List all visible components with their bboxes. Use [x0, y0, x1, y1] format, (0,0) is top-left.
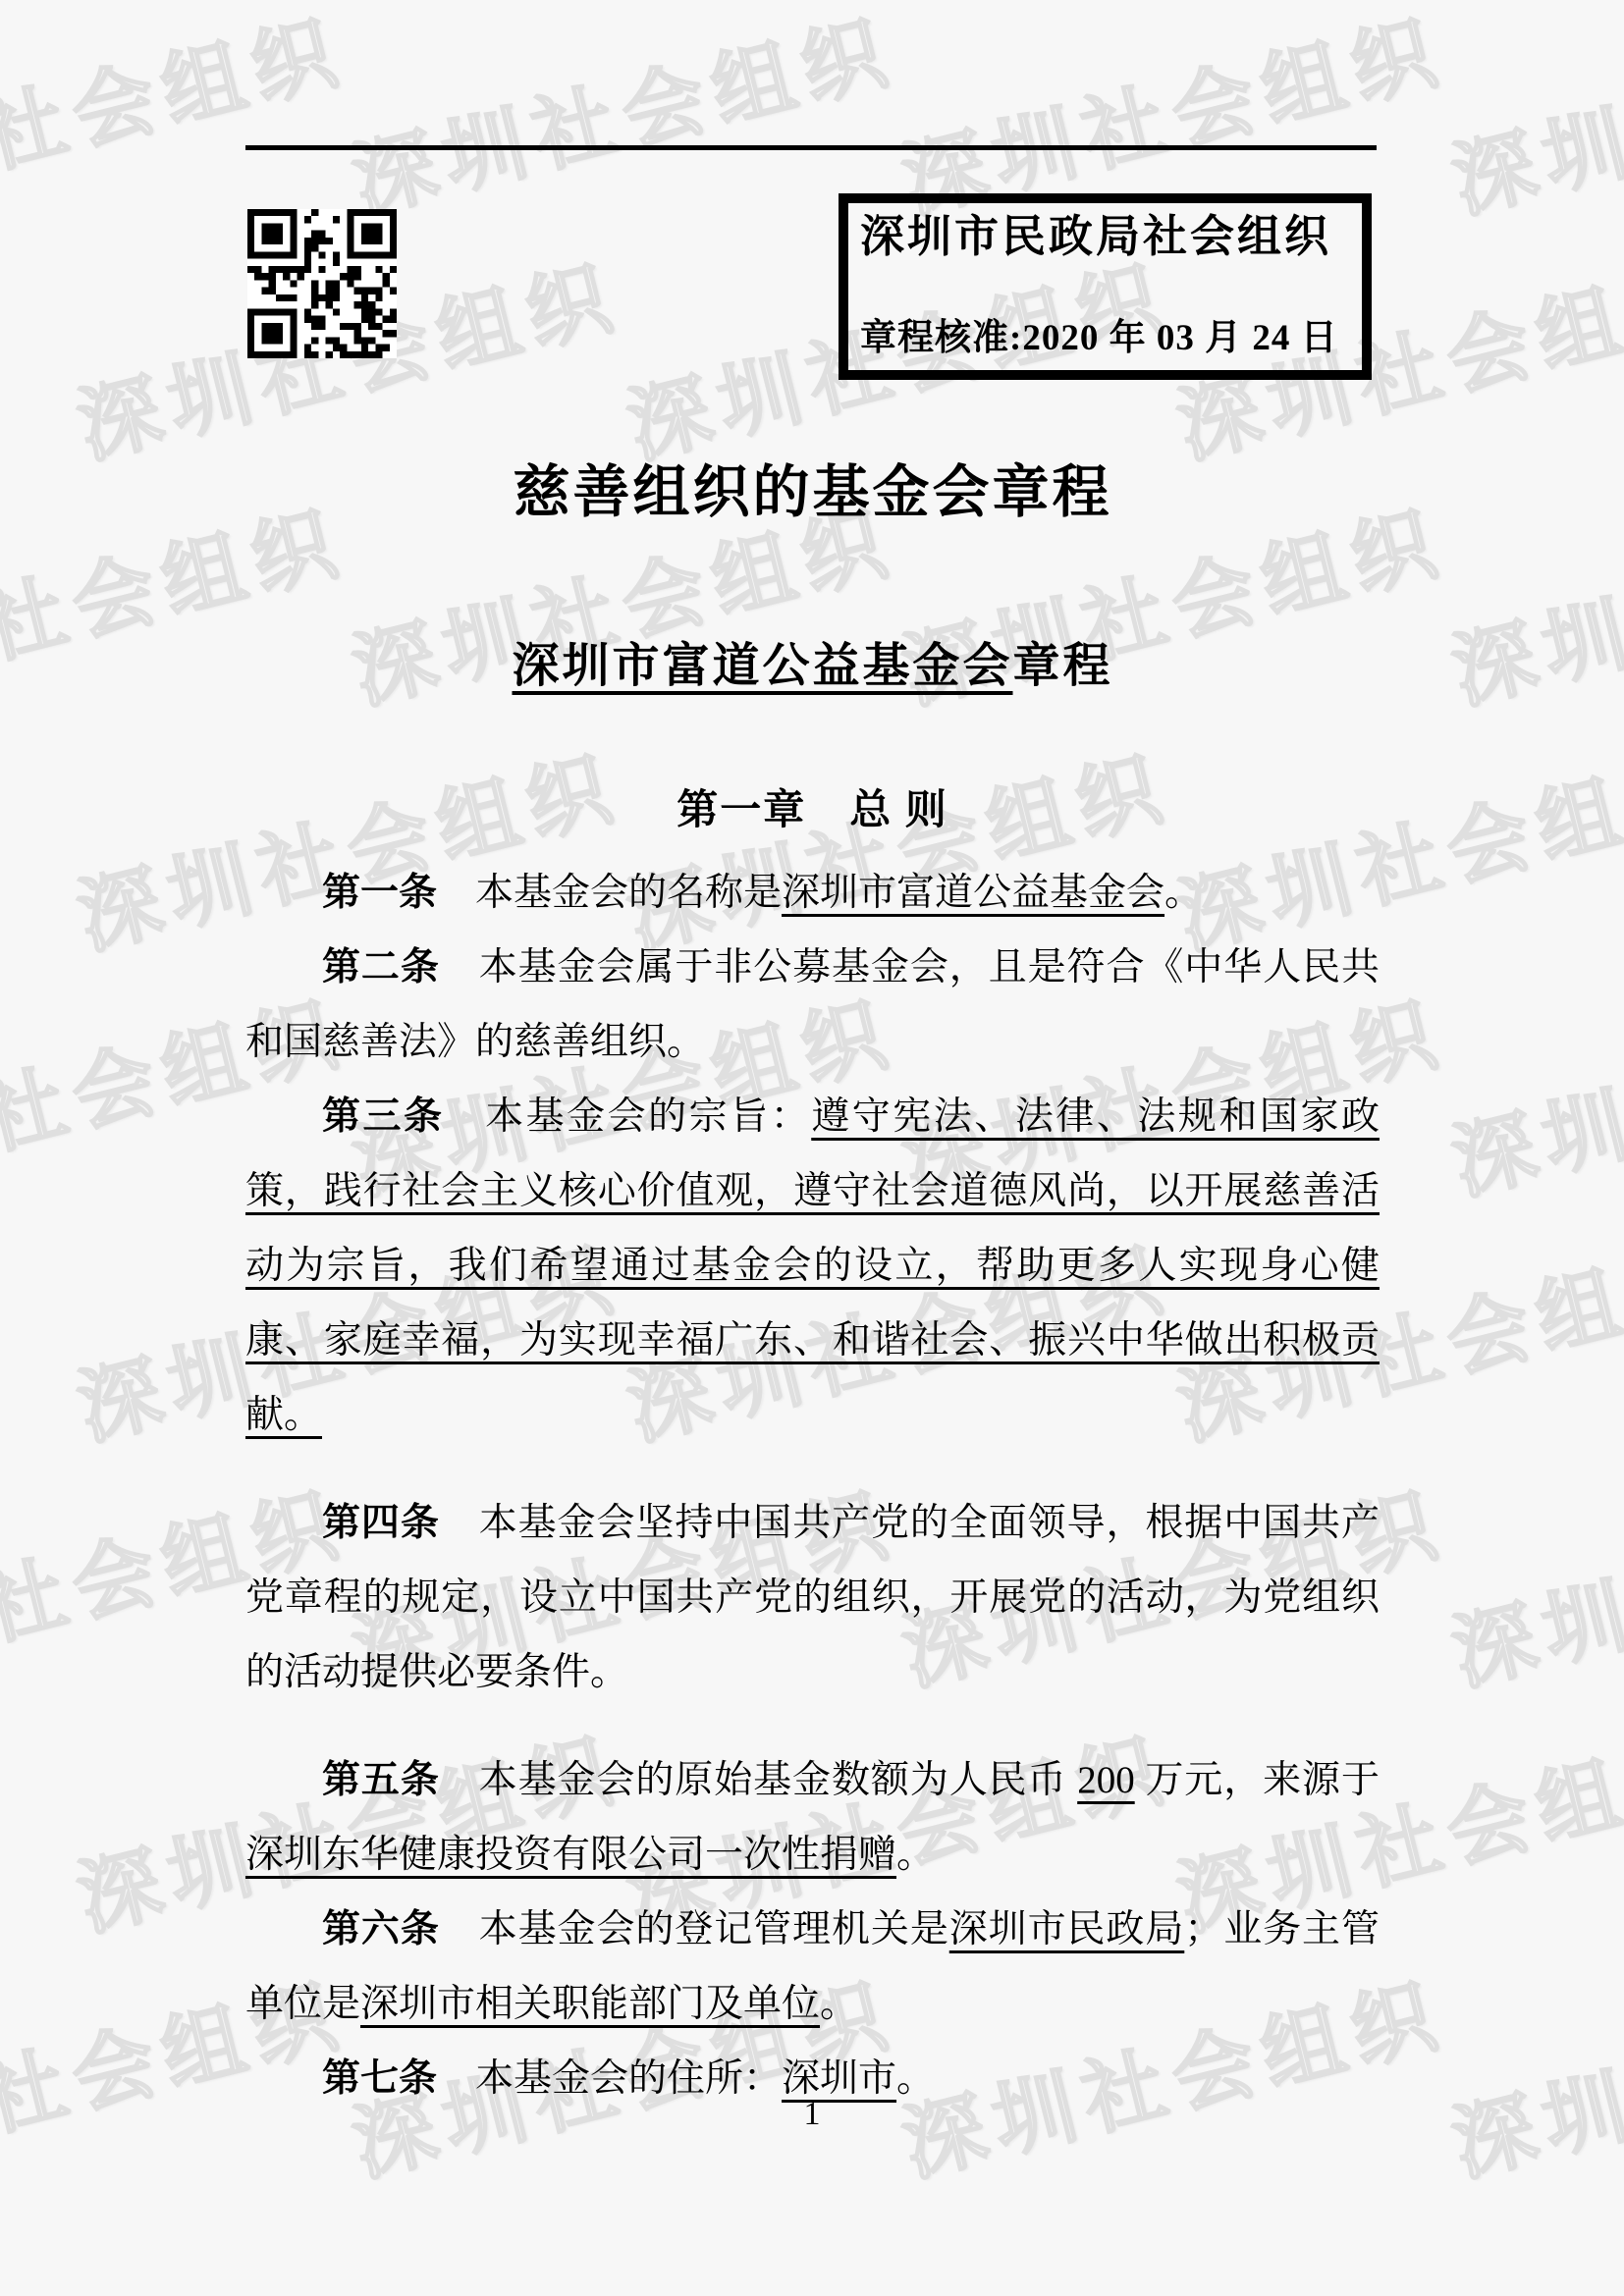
text-run: 本基金会的名称是	[437, 872, 782, 914]
article-paragraph: 第四条 本基金会坚持中国共产党的全面领导，根据中国共产党章程的规定，设立中国共产…	[245, 1486, 1380, 1710]
text-run: 。	[1164, 872, 1203, 914]
document-page: 深圳社会组织深圳社会组织深圳社会组织深圳社会组织深圳社会组织深圳社会组织深圳社会…	[0, 0, 1624, 2296]
text-run: 本基金会的原始基金数额为人民币	[440, 1759, 1077, 1801]
article-number: 第五条	[322, 1759, 440, 1801]
article-number: 第四条	[322, 1502, 440, 1544]
text-run: 本基金会的住所：	[437, 2057, 782, 2100]
text-run: 。	[896, 1834, 935, 1876]
page-number: 1	[0, 2095, 1624, 2134]
article-number: 第三条	[322, 1095, 445, 1138]
text-run: 本基金会的宗旨：	[445, 1095, 812, 1138]
article-paragraph: 第六条 本基金会的登记管理机关是深圳市民政局；业务主管单位是深圳市相关职能部门及…	[245, 1893, 1380, 2042]
underlined-text: 深圳市	[782, 2057, 896, 2100]
text-run: 。	[820, 1983, 858, 2025]
underlined-text: 200	[1077, 1759, 1135, 1801]
article-paragraph: 第一条 本基金会的名称是深圳市富道公益基金会。	[245, 856, 1380, 931]
article-number: 第七条	[322, 2057, 437, 2100]
article-paragraph: 第二条 本基金会属于非公募基金会，且是符合《中华人民共和国慈善法》的慈善组织。	[245, 931, 1380, 1080]
document-title: 慈善组织的基金会章程	[245, 461, 1380, 524]
text-run: 。	[896, 2057, 935, 2100]
article-number: 第一条	[322, 872, 437, 914]
article-paragraph: 第五条 本基金会的原始基金数额为人民币 200 万元，来源于深圳东华健康投资有限…	[245, 1743, 1380, 1893]
underlined-text: 深圳市相关职能部门及单位	[360, 1983, 820, 2025]
underlined-text: 深圳东华健康投资有限公司一次性捐赠	[245, 1834, 896, 1876]
document-subtitle: 深圳市富道公益基金会章程	[245, 640, 1380, 693]
article-number: 第二条	[322, 946, 440, 988]
chapter-heading: 第一章 总 则	[245, 787, 1380, 834]
text-run: 章程	[1013, 640, 1113, 692]
underlined-text: 深圳市民政局	[949, 1908, 1185, 1950]
text-run: 万元，来源于	[1135, 1759, 1380, 1801]
article-number: 第六条	[322, 1908, 440, 1950]
text-run: 本基金会的登记管理机关是	[440, 1908, 949, 1950]
article-paragraph: 第三条 本基金会的宗旨：遵守宪法、法律、法规和国家政策，践行社会主义核心价值观，…	[245, 1080, 1380, 1453]
articles: 第一条 本基金会的名称是深圳市富道公益基金会。第二条 本基金会属于非公募基金会，…	[245, 856, 1380, 2116]
underlined-text: 深圳市富道公益基金会	[512, 640, 1012, 692]
underlined-text: 遵守宪法、法律、法规和国家政策，践行社会主义核心价值观，遵守社会道德风尚，以开展…	[245, 1095, 1380, 1436]
underlined-text: 深圳市富道公益基金会	[782, 872, 1164, 914]
